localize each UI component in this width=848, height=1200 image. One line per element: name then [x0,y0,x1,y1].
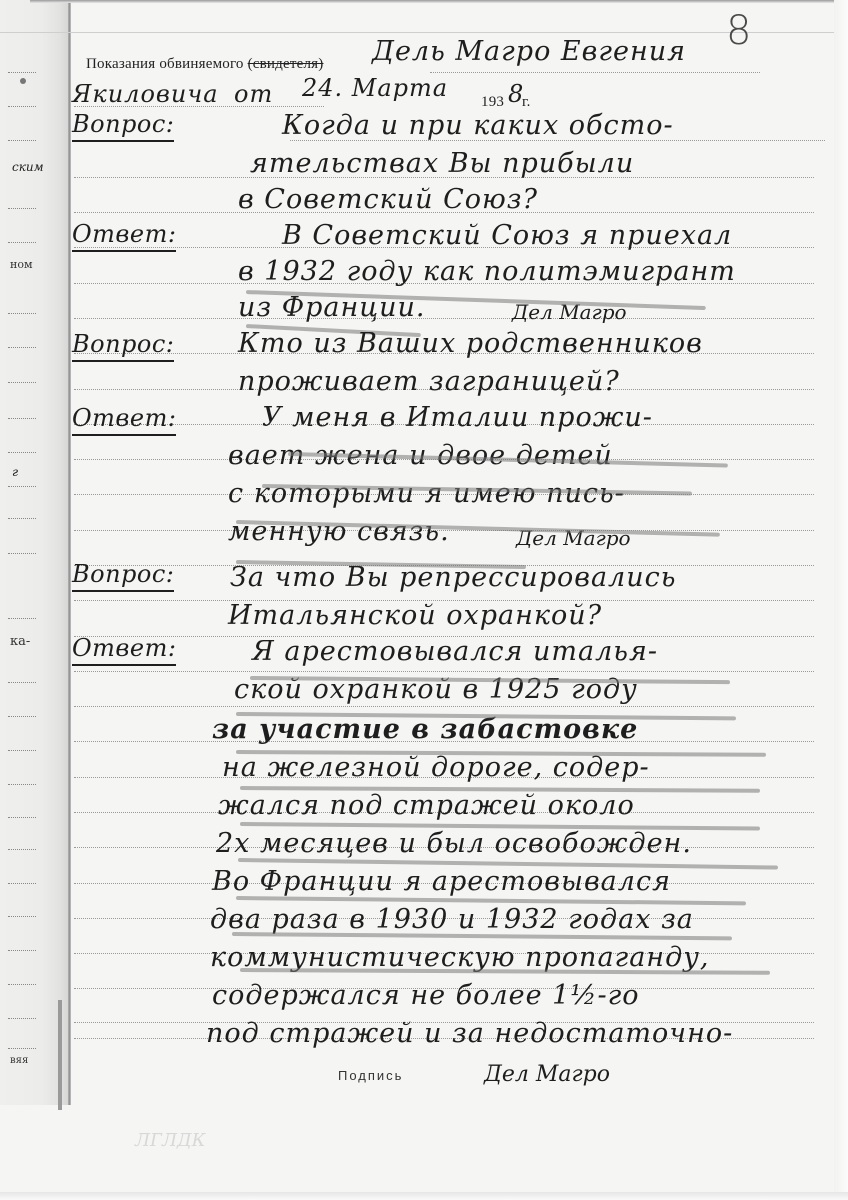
ruled-line [74,706,814,707]
margin-fragment: г [12,465,18,479]
question-1-line: Когда и при каких обсто- [282,110,674,141]
top-rule [0,32,848,33]
stub-rule [8,382,36,383]
margin-fragment: вяя [10,1055,28,1066]
stub-rule [8,682,36,683]
binding-fold-line [68,0,71,1105]
stub-rule [8,716,36,717]
question-1-line: в Советский Союз? [238,184,538,215]
question-label: Вопрос: [72,110,174,142]
stub-rule [8,418,36,419]
signature-label: Подпись [338,1068,403,1083]
stub-rule [8,72,36,73]
stub-rule [8,916,36,917]
answer-3-line: Я арестовывался италья- [252,636,658,667]
stub-rule [8,347,36,348]
answer-3-line: 2х месяцев и был освобожден. [216,828,692,859]
stub-rule [8,106,36,107]
header-printed-prefix: Показания обвиняемого [86,56,244,72]
question-1-line: ятельствах Вы прибыли [250,148,634,179]
stub-rule [8,518,36,519]
question-label: Вопрос: [72,330,174,362]
top-edge [30,0,848,3]
question-2-line: Кто из Ваших родственников [238,328,703,359]
ruled-line [430,72,760,73]
margin-fragment: ка- [10,634,30,649]
stub-rule [8,452,36,453]
question-2-line: проживает заграницей? [238,366,620,397]
question-label: Вопрос: [72,560,174,592]
answer-2-line: У меня в Италии прожи- [262,402,653,433]
stub-rule [8,950,36,951]
answer-label: Ответ: [72,634,176,666]
punch-hole [20,78,26,84]
document-page: ским ном г ка- вяя 8 Показания обвиняемо… [0,0,848,1200]
stub-rule [8,553,36,554]
year-printed: 193 [481,94,504,111]
defendant-name-line2: Якиловича [72,80,219,108]
answer-label: Ответ: [72,220,176,252]
stub-rule [8,242,36,243]
question-3-line: Итальянской охранкой? [228,600,602,631]
stub-rule [8,984,36,985]
bottom-edge [0,1192,848,1200]
defendant-name-line1: Дель Магро Евгения [372,36,686,67]
stub-rule [8,849,36,850]
ruled-line [74,318,814,319]
answer-1-line: В Советский Союз я приехал [282,220,732,251]
header-printed-label: Показания обвиняемого (свидетеля) [86,56,323,73]
faint-stamp-mark: ЛГЛДК [135,1130,206,1151]
binding-fold-shadow [58,1000,62,1110]
stub-rule [8,208,36,209]
margin-fragment: ским [12,160,44,174]
stub-rule [8,1048,36,1049]
date-prefix: от [234,80,273,108]
stub-rule [8,140,36,141]
answer-3-line: под стражей и за недостаточно- [206,1018,733,1049]
answer-3-line: два раза в 1930 и 1932 годах за [210,904,694,935]
stub-rule [8,784,36,785]
answer-3-line: Во Франции я арестовывался [212,866,671,897]
question-3-line: За что Вы репрессировались [230,562,676,593]
header-printed-struck: (свидетеля) [248,56,324,72]
margin-fragment: ном [10,258,33,271]
date-value: 24. Марта [302,74,448,102]
answer-1-line: в 1932 году как политэмигрант [238,256,736,287]
footer-signature: Дел Магро [484,1062,610,1087]
stub-rule [8,883,36,884]
stub-rule [8,1018,36,1019]
stub-rule [8,750,36,751]
ruled-line [74,671,814,672]
stub-rule [8,313,36,314]
stub-rule [8,817,36,818]
answer-2-line: с которыми я имею пись- [228,478,625,509]
right-edge [834,0,848,1200]
answer-label: Ответ: [72,404,176,436]
year-suffix: г. [522,94,531,111]
stub-rule [8,486,36,487]
page-number: 8 [726,8,751,54]
answer-3-line: жался под стражей около [218,790,635,821]
stub-rule [8,618,36,619]
answer-3-line: на железной дороге, содер- [222,752,650,783]
answer-3-line: содержался не более 1½-го [212,980,640,1011]
